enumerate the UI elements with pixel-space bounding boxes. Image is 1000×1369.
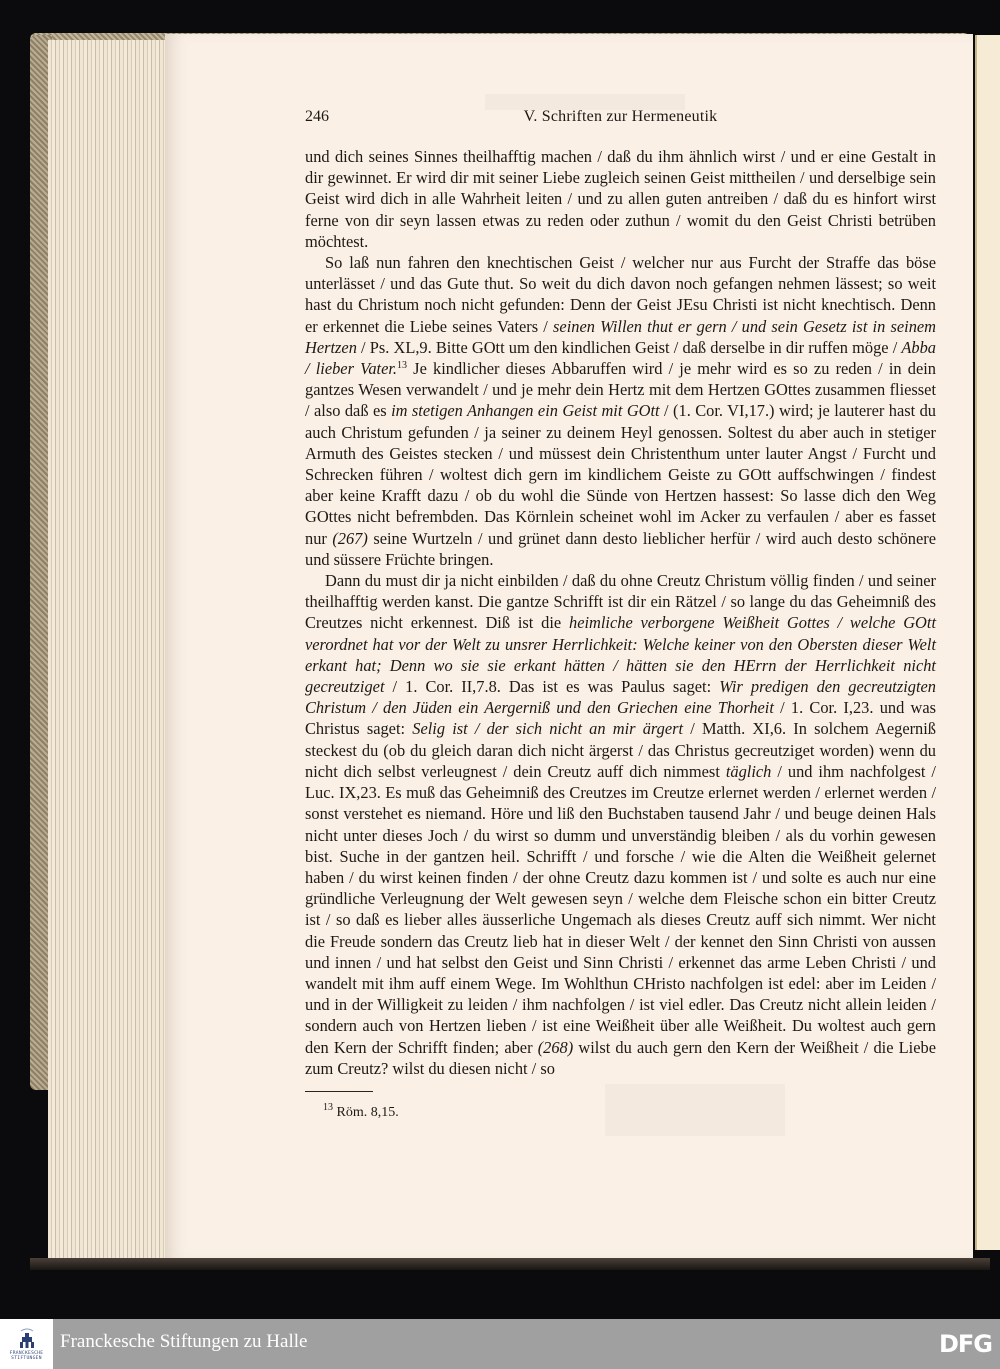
footer-bar: FRANCKESCHE STIFTUNGEN Franckesche Stift… [0, 1319, 1000, 1369]
text-run: / Ps. XL,9. Bitte GOtt um den kind­liche… [357, 338, 901, 357]
building-figure-icon [18, 1327, 36, 1349]
institution-name: Franckesche Stiftungen zu Halle [60, 1331, 307, 1353]
page-text: 246 V. Schriften zur Hermeneutik und dic… [305, 106, 936, 1123]
footnote-text: Röm. 8,15. [337, 1105, 399, 1120]
running-head: 246 V. Schriften zur Hermeneutik [305, 106, 936, 130]
italic-emphasis: täglich [726, 762, 772, 781]
logo-caption-line: STIFTUNGEN [10, 1356, 44, 1361]
original-page-marker: (268) [538, 1038, 574, 1057]
italic-quote: im stetigen Anhangen ein Geist mit GOtt [391, 401, 660, 420]
footnote-reference[interactable]: 13 [397, 360, 407, 371]
text-run: / (1. Cor. VI,17.) wird; je lauterer has… [305, 401, 936, 547]
original-page-marker: (267) [332, 529, 368, 548]
paragraph: So laß nun fahren den knechtischen Geist… [305, 252, 936, 570]
facing-page-edge [975, 35, 1000, 1250]
running-head-title: V. Schriften zur Hermeneutik [305, 106, 936, 127]
paragraph: Dann du must dir ja nicht einbilden / da… [305, 570, 936, 1079]
franckesche-stiftungen-logo[interactable]: FRANCKESCHE STIFTUNGEN [0, 1319, 53, 1369]
text-run: seine Wurtzeln / und grünet dann desto l… [305, 529, 936, 569]
paragraph: und dich seines Sinnes theilhafftig mach… [305, 146, 936, 252]
page-stack-edges [48, 40, 168, 1264]
text-run: / und ihm nachfolgest / Luc. IX,23. Es m… [305, 762, 936, 1057]
footnote-marker: 13 [323, 1102, 333, 1113]
italic-quote: Selig ist / der sich nicht an mir ärgert [412, 719, 683, 738]
footnote: 13 Röm. 8,15. [305, 1102, 936, 1123]
logo-caption: FRANCKESCHE STIFTUNGEN [10, 1351, 44, 1361]
book-bottom-shadow [30, 1258, 990, 1270]
text-run: / 1. Cor. II,7.8. Das ist es was Paulus … [385, 677, 720, 696]
footnote-divider [305, 1091, 373, 1092]
dfg-logo[interactable]: DFG [939, 1330, 992, 1358]
scan-viewport: 246 V. Schriften zur Hermeneutik und dic… [0, 0, 1000, 1319]
text-run: und dich seines Sinnes theilhafftig mach… [305, 147, 936, 251]
